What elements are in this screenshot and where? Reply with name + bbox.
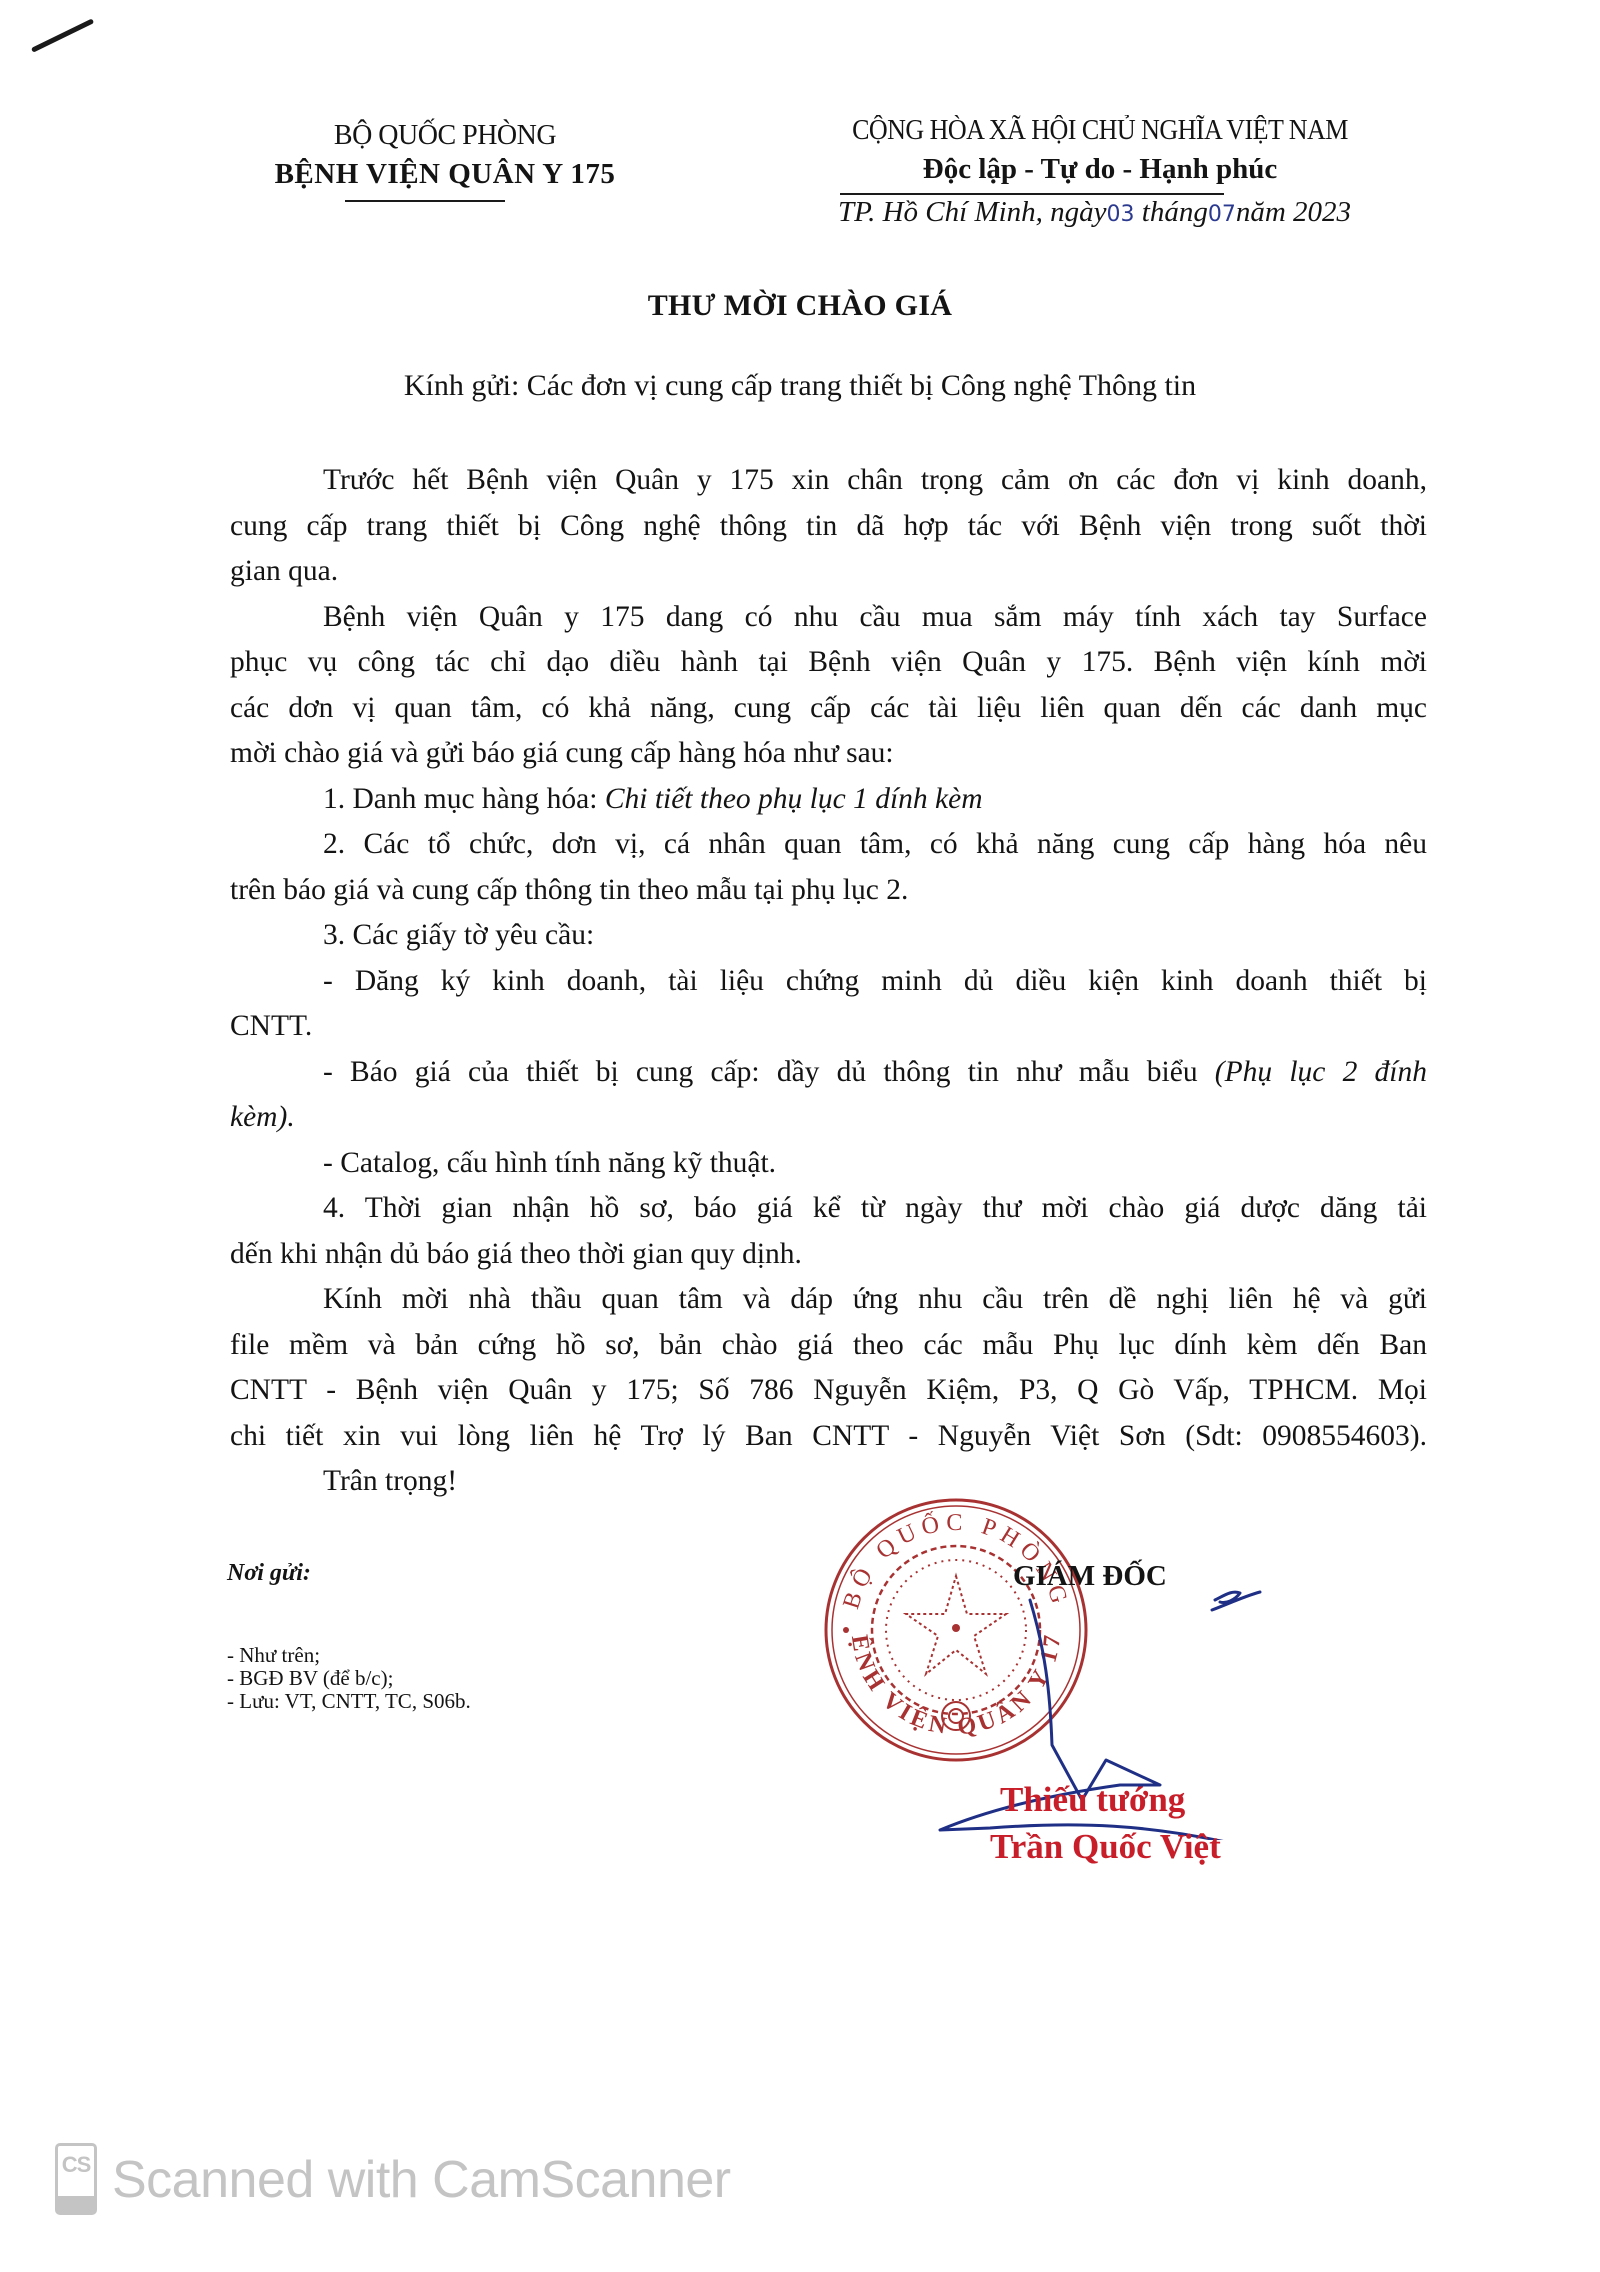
body-line-text: - Dăng ký kinh doanh, tài liệu chứng min… bbox=[323, 965, 1427, 997]
body-line-text: Bệnh viện Quân y 175 dang có nhu cầu mua… bbox=[323, 601, 1427, 633]
recipient-line: Kính gửi: Các đơn vị cung cấp trang thiế… bbox=[0, 369, 1600, 403]
body-line: trên báo giá và cung cấp thông tin theo … bbox=[230, 872, 1427, 908]
body-line-text: phục vụ công tác chỉ dạo diều hành tại B… bbox=[230, 646, 1427, 678]
issuer-block: BỘ QUỐC PHÒNG BỆNH VIỆN QUÂN Y 175 bbox=[225, 118, 665, 194]
body-line-text: 3. Các giấy tờ yêu cầu: bbox=[323, 919, 594, 951]
body-line: Kính mời nhà thầu quan tâm và dáp ứng nh… bbox=[230, 1281, 1427, 1317]
date-month-label: tháng bbox=[1135, 196, 1208, 228]
body-line-italic: kèm). bbox=[230, 1101, 295, 1133]
date-day-handwritten: 03 bbox=[1107, 202, 1135, 227]
body-line: 4. Thời gian nhận hồ sơ, báo giá kể từ n… bbox=[230, 1190, 1427, 1226]
body-line-italic: Chi tiết theo phụ lục 1 dính kèm bbox=[605, 783, 983, 815]
national-motto: Độc lập - Tự do - Hạnh phúc bbox=[740, 150, 1460, 188]
body-line: mời chào giá và gửi báo giá cung cấp hàn… bbox=[230, 735, 1427, 771]
body-line-text: 2. Các tổ chức, dơn vị, cá nhân quan tâm… bbox=[323, 828, 1427, 860]
body-line-text: Trân trọng! bbox=[323, 1465, 457, 1497]
signatory-rank: Thiếu tướng bbox=[1000, 1780, 1185, 1820]
body-line-text: 4. Thời gian nhận hồ sơ, báo giá kể từ n… bbox=[323, 1192, 1427, 1224]
recipient-item: - Như trên; bbox=[227, 1644, 471, 1667]
body-line: chi tiết xin vui lòng liên hệ Trợ lý Ban… bbox=[230, 1418, 1427, 1454]
body-line: CNTT. bbox=[230, 1008, 1427, 1044]
body-line: cung cấp trang thiết bị Công nghệ thông … bbox=[230, 508, 1427, 544]
issuer-underline bbox=[345, 200, 505, 202]
recipients-label: Nơi gửi: bbox=[227, 1560, 311, 1587]
body-line-italic: (Phụ lục 2 đính bbox=[1215, 1056, 1427, 1088]
body-line: 3. Các giấy tờ yêu cầu: bbox=[230, 917, 1427, 953]
body-line: - Dăng ký kinh doanh, tài liệu chứng min… bbox=[230, 963, 1427, 999]
date-prefix: TP. Hồ Chí Minh, ngày bbox=[838, 196, 1107, 228]
body-line-text: Kính mời nhà thầu quan tâm và dáp ứng nh… bbox=[323, 1283, 1427, 1315]
body-line-text: CNTT. bbox=[230, 1010, 312, 1042]
recipients-list: - Như trên; - BGĐ BV (để b/c); - Lưu: VT… bbox=[227, 1644, 471, 1713]
body-line-text: - Báo giá của thiết bị cung cấp: dầy dủ … bbox=[323, 1056, 1215, 1088]
recipient-item: - Lưu: VT, CNTT, TC, S06b. bbox=[227, 1690, 471, 1713]
body-line-text: - Catalog, cấu hình tính năng kỹ thuật. bbox=[323, 1147, 776, 1179]
body-line-text: trên báo giá và cung cấp thông tin theo … bbox=[230, 874, 908, 906]
hospital-name: BỆNH VIỆN QUÂN Y 175 bbox=[225, 154, 665, 194]
body-line-text: CNTT - Bệnh viện Quân y 175; Số 786 Nguy… bbox=[230, 1374, 1427, 1406]
scanner-watermark: Scanned with CamScanner bbox=[112, 2150, 731, 2210]
body-line: dến khi nhận dủ báo giá theo thời gian q… bbox=[230, 1236, 1427, 1272]
body-line-text: 1. Danh mục hàng hóa: bbox=[323, 783, 605, 815]
body-line-text: dến khi nhận dủ báo giá theo thời gian q… bbox=[230, 1238, 802, 1270]
date-year: năm 2023 bbox=[1236, 196, 1351, 228]
body-line-text: cung cấp trang thiết bị Công nghệ thông … bbox=[230, 510, 1427, 542]
body-line: Trước hết Bệnh viện Quân y 175 xin chân … bbox=[230, 462, 1427, 498]
camscanner-logo-icon: CS bbox=[55, 2143, 97, 2215]
body-line: Trân trọng! bbox=[230, 1463, 1427, 1499]
body-line: file mềm và bản cứng hồ sơ, bản chào giá… bbox=[230, 1327, 1427, 1363]
body-line: 1. Danh mục hàng hóa: Chi tiết theo phụ … bbox=[230, 781, 1427, 817]
body-line-text: các dơn vị quan tâm, có khả năng, cung c… bbox=[230, 692, 1427, 724]
body-line-text: Trước hết Bệnh viện Quân y 175 xin chân … bbox=[323, 464, 1427, 496]
body-line: phục vụ công tác chỉ dạo diều hành tại B… bbox=[230, 644, 1427, 680]
signatory-name: Trần Quốc Việt bbox=[990, 1827, 1221, 1867]
country-name: CỘNG HÒA XÃ HỘI CHỦ NGHĨA VIỆT NAM bbox=[765, 112, 1435, 150]
body-line-text: mời chào giá và gửi báo giá cung cấp hàn… bbox=[230, 737, 894, 769]
body-line-text: chi tiết xin vui lòng liên hệ Trợ lý Ban… bbox=[230, 1420, 1427, 1452]
body-line: 2. Các tổ chức, dơn vị, cá nhân quan tâm… bbox=[230, 826, 1427, 862]
body-line-text: gian qua. bbox=[230, 555, 338, 587]
document-title: THƯ MỜI CHÀO GIÁ bbox=[0, 289, 1600, 323]
body-line: gian qua. bbox=[230, 553, 1427, 589]
pen-mark bbox=[31, 18, 94, 52]
body-line: các dơn vị quan tâm, có khả năng, cung c… bbox=[230, 690, 1427, 726]
body-line: CNTT - Bệnh viện Quân y 175; Số 786 Nguy… bbox=[230, 1372, 1427, 1408]
body-line: Bệnh viện Quân y 175 dang có nhu cầu mua… bbox=[230, 599, 1427, 635]
body-line: - Báo giá của thiết bị cung cấp: dầy dủ … bbox=[230, 1054, 1427, 1090]
national-header: CỘNG HÒA XÃ HỘI CHỦ NGHĨA VIỆT NAM Độc l… bbox=[740, 112, 1460, 188]
recipient-item: - BGĐ BV (để b/c); bbox=[227, 1667, 471, 1690]
body-line-text: file mềm và bản cứng hồ sơ, bản chào giá… bbox=[230, 1329, 1427, 1361]
date-month-handwritten: 07 bbox=[1208, 202, 1236, 227]
motto-underline bbox=[840, 193, 1224, 195]
body-line: - Catalog, cấu hình tính năng kỹ thuật. bbox=[230, 1145, 1427, 1181]
document-date: TP. Hồ Chí Minh, ngày03 tháng07năm 2023 bbox=[838, 196, 1351, 229]
body-line: kèm). bbox=[230, 1099, 1427, 1135]
ministry-name: BỘ QUỐC PHÒNG bbox=[225, 118, 665, 154]
